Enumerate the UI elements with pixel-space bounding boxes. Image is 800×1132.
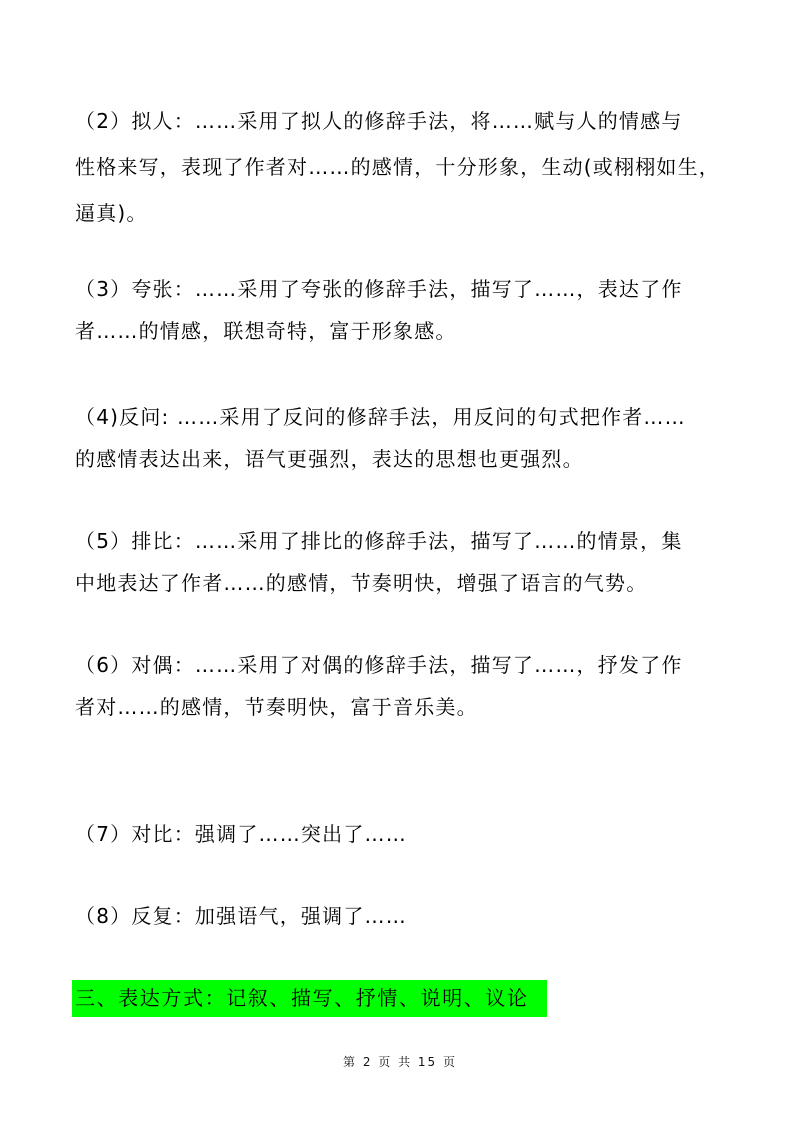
item-4-line-2: 的感情表达出来，语气更强烈，表达的思想也更强烈。 — [75, 449, 735, 469]
item-7-line-1: （7）对比：强调了……突出了…… — [75, 824, 735, 844]
section-heading: 三、表达方式：记叙、描写、抒情、说明、议论 — [75, 988, 529, 1008]
item-8-line-1: （8）反复：加强语气，强调了…… — [75, 906, 735, 926]
item-2-line-1: （2）拟人：……采用了拟人的修辞手法，将……赋与人的情感与 — [75, 111, 735, 131]
item-6-line-2: 者对……的感情，节奏明快，富于音乐美。 — [75, 697, 735, 717]
item-2-line-3: 逼真)。 — [75, 203, 735, 223]
item-6-line-1: （6）对偶：……采用了对偶的修辞手法，描写了……，抒发了作 — [75, 655, 735, 675]
page-number: 第 2 页 共 15 页 — [0, 1053, 800, 1070]
item-3-line-1: （3）夸张：……采用了夸张的修辞手法，描写了……，表达了作 — [75, 279, 735, 299]
item-2-line-2: 性格来写，表现了作者对……的感情，十分形象，生动(或栩栩如生， — [75, 157, 735, 177]
item-5-line-1: （5）排比：……采用了排比的修辞手法，描写了……的情景，集 — [75, 531, 735, 551]
item-3-line-2: 者……的情感，联想奇特，富于形象感。 — [75, 321, 735, 341]
item-5-line-2: 中地表达了作者……的感情，节奏明快，增强了语言的气势。 — [75, 573, 735, 593]
item-4-line-1: （4)反问: ……采用了反问的修辞手法，用反问的句式把作者…… — [75, 407, 735, 427]
